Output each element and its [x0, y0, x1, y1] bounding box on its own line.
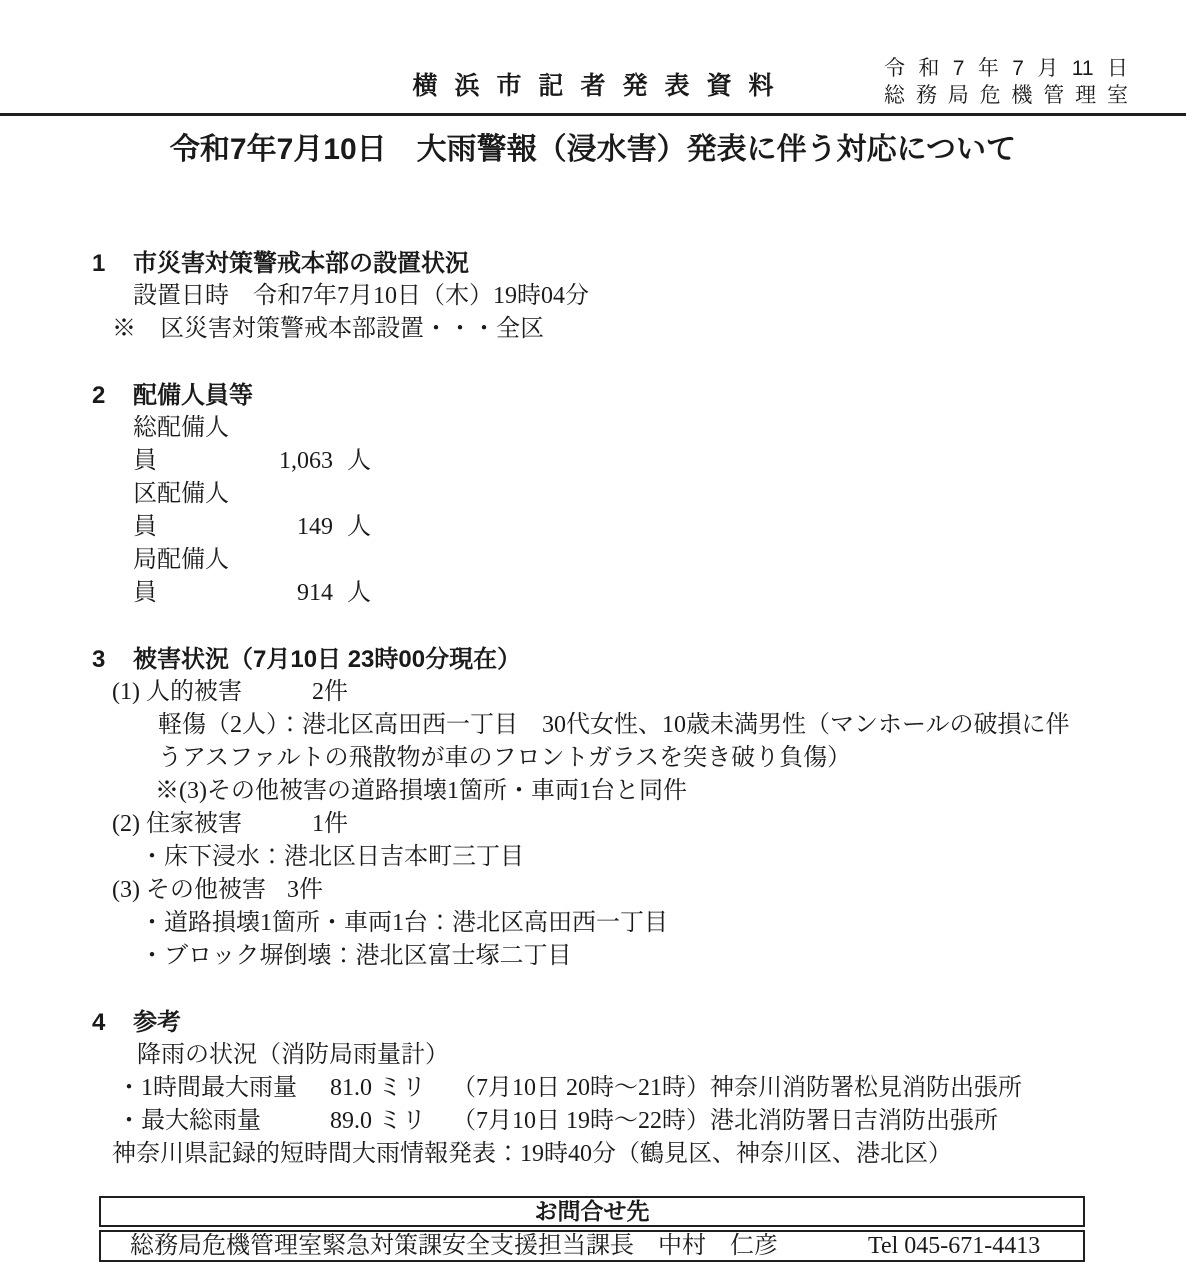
rainfall-label: ・1時間最大雨量 — [117, 1072, 330, 1105]
damage-item-other: (3) その他被害3件 — [92, 874, 1186, 907]
contact-box-title: お問合せ先 — [99, 1196, 1085, 1227]
document-body: 1市災害対策警戒本部の設置状況 設置日時 令和7年7月10日（木）19時04分 … — [0, 247, 1186, 1262]
personnel-unit: 人 — [347, 448, 371, 474]
section-headquarters-setup: 1市災害対策警戒本部の設置状況 設置日時 令和7年7月10日（木）19時04分 … — [92, 247, 1186, 346]
document-title: 令和7年7月10日 大雨警報（浸水害）発表に伴う対応について — [0, 133, 1186, 167]
rainfall-period: （7月10日 20時～21時） — [452, 1075, 710, 1101]
record-rainfall-announcement-note: 神奈川県記録的短時間大雨情報発表：19時40分（鶴見区、神奈川区、港北区） — [92, 1138, 1186, 1171]
contact-box-body: 総務局危機管理室緊急対策課安全支援担当課長 中村 仁彦Tel 045-671-4… — [99, 1230, 1085, 1262]
rainfall-station: 神奈川消防署松見消防出張所 — [710, 1075, 1022, 1101]
section-heading-text: 参考 — [133, 1009, 181, 1036]
damage-item-housing: (2) 住家被害1件 — [92, 808, 1186, 841]
personnel-row-bureau: 局配備人員914人 — [92, 544, 1186, 610]
setup-datetime-line: 設置日時 令和7年7月10日（木）19時04分 — [92, 280, 1186, 313]
personnel-value: 1,063 — [250, 445, 333, 478]
rainfall-row-hourly-max: ・1時間最大雨量81.0 ミリ（7月10日 20時～21時）神奈川消防署松見消防… — [92, 1072, 1186, 1105]
section-heading: 2配備人員等 — [92, 379, 1186, 412]
personnel-label: 区配備人員 — [133, 478, 250, 544]
damage-item-count: 3件 — [287, 877, 323, 903]
section-damage-status: 3被害状況（7月10日 23時00分現在） (1) 人的被害2件 軽傷（2人）：… — [92, 643, 1186, 973]
section-number: 3 — [92, 643, 133, 676]
section-heading: 3被害状況（7月10日 23時00分現在） — [92, 643, 1186, 676]
contact-person: 総務局危機管理室緊急対策課安全支援担当課長 中村 仁彦 — [130, 1233, 778, 1259]
rainfall-row-total-max: ・最大総雨量89.0 ミリ（7月10日 19時～22時）港北消防署日吉消防出張所 — [92, 1105, 1186, 1138]
section-personnel: 2配備人員等 総配備人員1,063人 区配備人員149人 局配備人員914人 — [92, 379, 1186, 610]
damage-item-personal: (1) 人的被害2件 — [92, 676, 1186, 709]
section-reference: 4参考 降雨の状況（消防局雨量計） ・1時間最大雨量81.0 ミリ（7月10日 … — [92, 1006, 1186, 1171]
personnel-value: 914 — [250, 577, 333, 610]
contact-phone: Tel 045-671-4413 — [868, 1233, 1040, 1259]
other-damage-detail-wall: ・ブロック塀倒壊：港北区富士塚二丁目 — [92, 940, 1186, 973]
contact-box: お問合せ先 総務局危機管理室緊急対策課安全支援担当課長 中村 仁彦Tel 045… — [99, 1196, 1085, 1262]
issuing-office: 総務局危機管理室 — [884, 82, 1128, 109]
rainfall-value: 89.0 ミリ — [330, 1105, 452, 1138]
rainfall-period: （7月10日 19時～22時） — [452, 1108, 710, 1134]
press-release-page: 横浜市記者発表資料 令和7年7月11日 総務局危機管理室 令和7年7月10日 大… — [0, 0, 1186, 1262]
header-date-block: 令和7年7月11日 総務局危機管理室 — [884, 55, 1128, 109]
page-header: 横浜市記者発表資料 令和7年7月11日 総務局危機管理室 — [0, 0, 1186, 116]
ward-headquarters-note: ※ 区災害対策警戒本部設置・・・全区 — [92, 313, 1186, 346]
rainfall-label: ・最大総雨量 — [117, 1105, 330, 1138]
personnel-unit: 人 — [347, 580, 371, 606]
rainfall-station: 港北消防署日吉消防出張所 — [710, 1108, 998, 1134]
damage-item-count: 2件 — [312, 679, 348, 705]
personnel-unit: 人 — [347, 514, 371, 540]
damage-item-label: (3) その他被害 — [112, 874, 287, 907]
personnel-label: 総配備人員 — [133, 412, 250, 478]
section-number: 4 — [92, 1006, 133, 1039]
section-heading-text: 配備人員等 — [133, 382, 253, 409]
damage-item-count: 1件 — [312, 811, 348, 837]
personnel-value: 149 — [250, 511, 333, 544]
section-number: 1 — [92, 247, 133, 280]
rainfall-value: 81.0 ミリ — [330, 1072, 452, 1105]
personnel-row-ward: 区配備人員149人 — [92, 478, 1186, 544]
housing-damage-detail: ・床下浸水：港北区日吉本町三丁目 — [92, 841, 1186, 874]
section-number: 2 — [92, 379, 133, 412]
rainfall-intro-line: 降雨の状況（消防局雨量計） — [92, 1039, 1186, 1072]
personnel-row-total: 総配備人員1,063人 — [92, 412, 1186, 478]
injury-cross-reference-note: ※(3)その他被害の道路損壊1箇所・車両1台と同件 — [92, 775, 1186, 808]
damage-item-label: (2) 住家被害 — [112, 808, 312, 841]
section-heading: 1市災害対策警戒本部の設置状況 — [92, 247, 1186, 280]
section-heading-text: 市災害対策警戒本部の設置状況 — [133, 250, 469, 277]
injury-detail-paragraph: 軽傷（2人）：港北区高田西一丁目 30代女性、10歳未満男性（マンホールの破損に… — [92, 709, 1070, 775]
damage-item-label: (1) 人的被害 — [112, 676, 312, 709]
section-heading-text: 被害状況（7月10日 23時00分現在） — [133, 646, 521, 673]
release-date: 令和7年7月11日 — [884, 55, 1128, 82]
personnel-label: 局配備人員 — [133, 544, 250, 610]
other-damage-detail-road: ・道路損壊1箇所・車両1台：港北区高田西一丁目 — [92, 907, 1186, 940]
section-heading: 4参考 — [92, 1006, 1186, 1039]
